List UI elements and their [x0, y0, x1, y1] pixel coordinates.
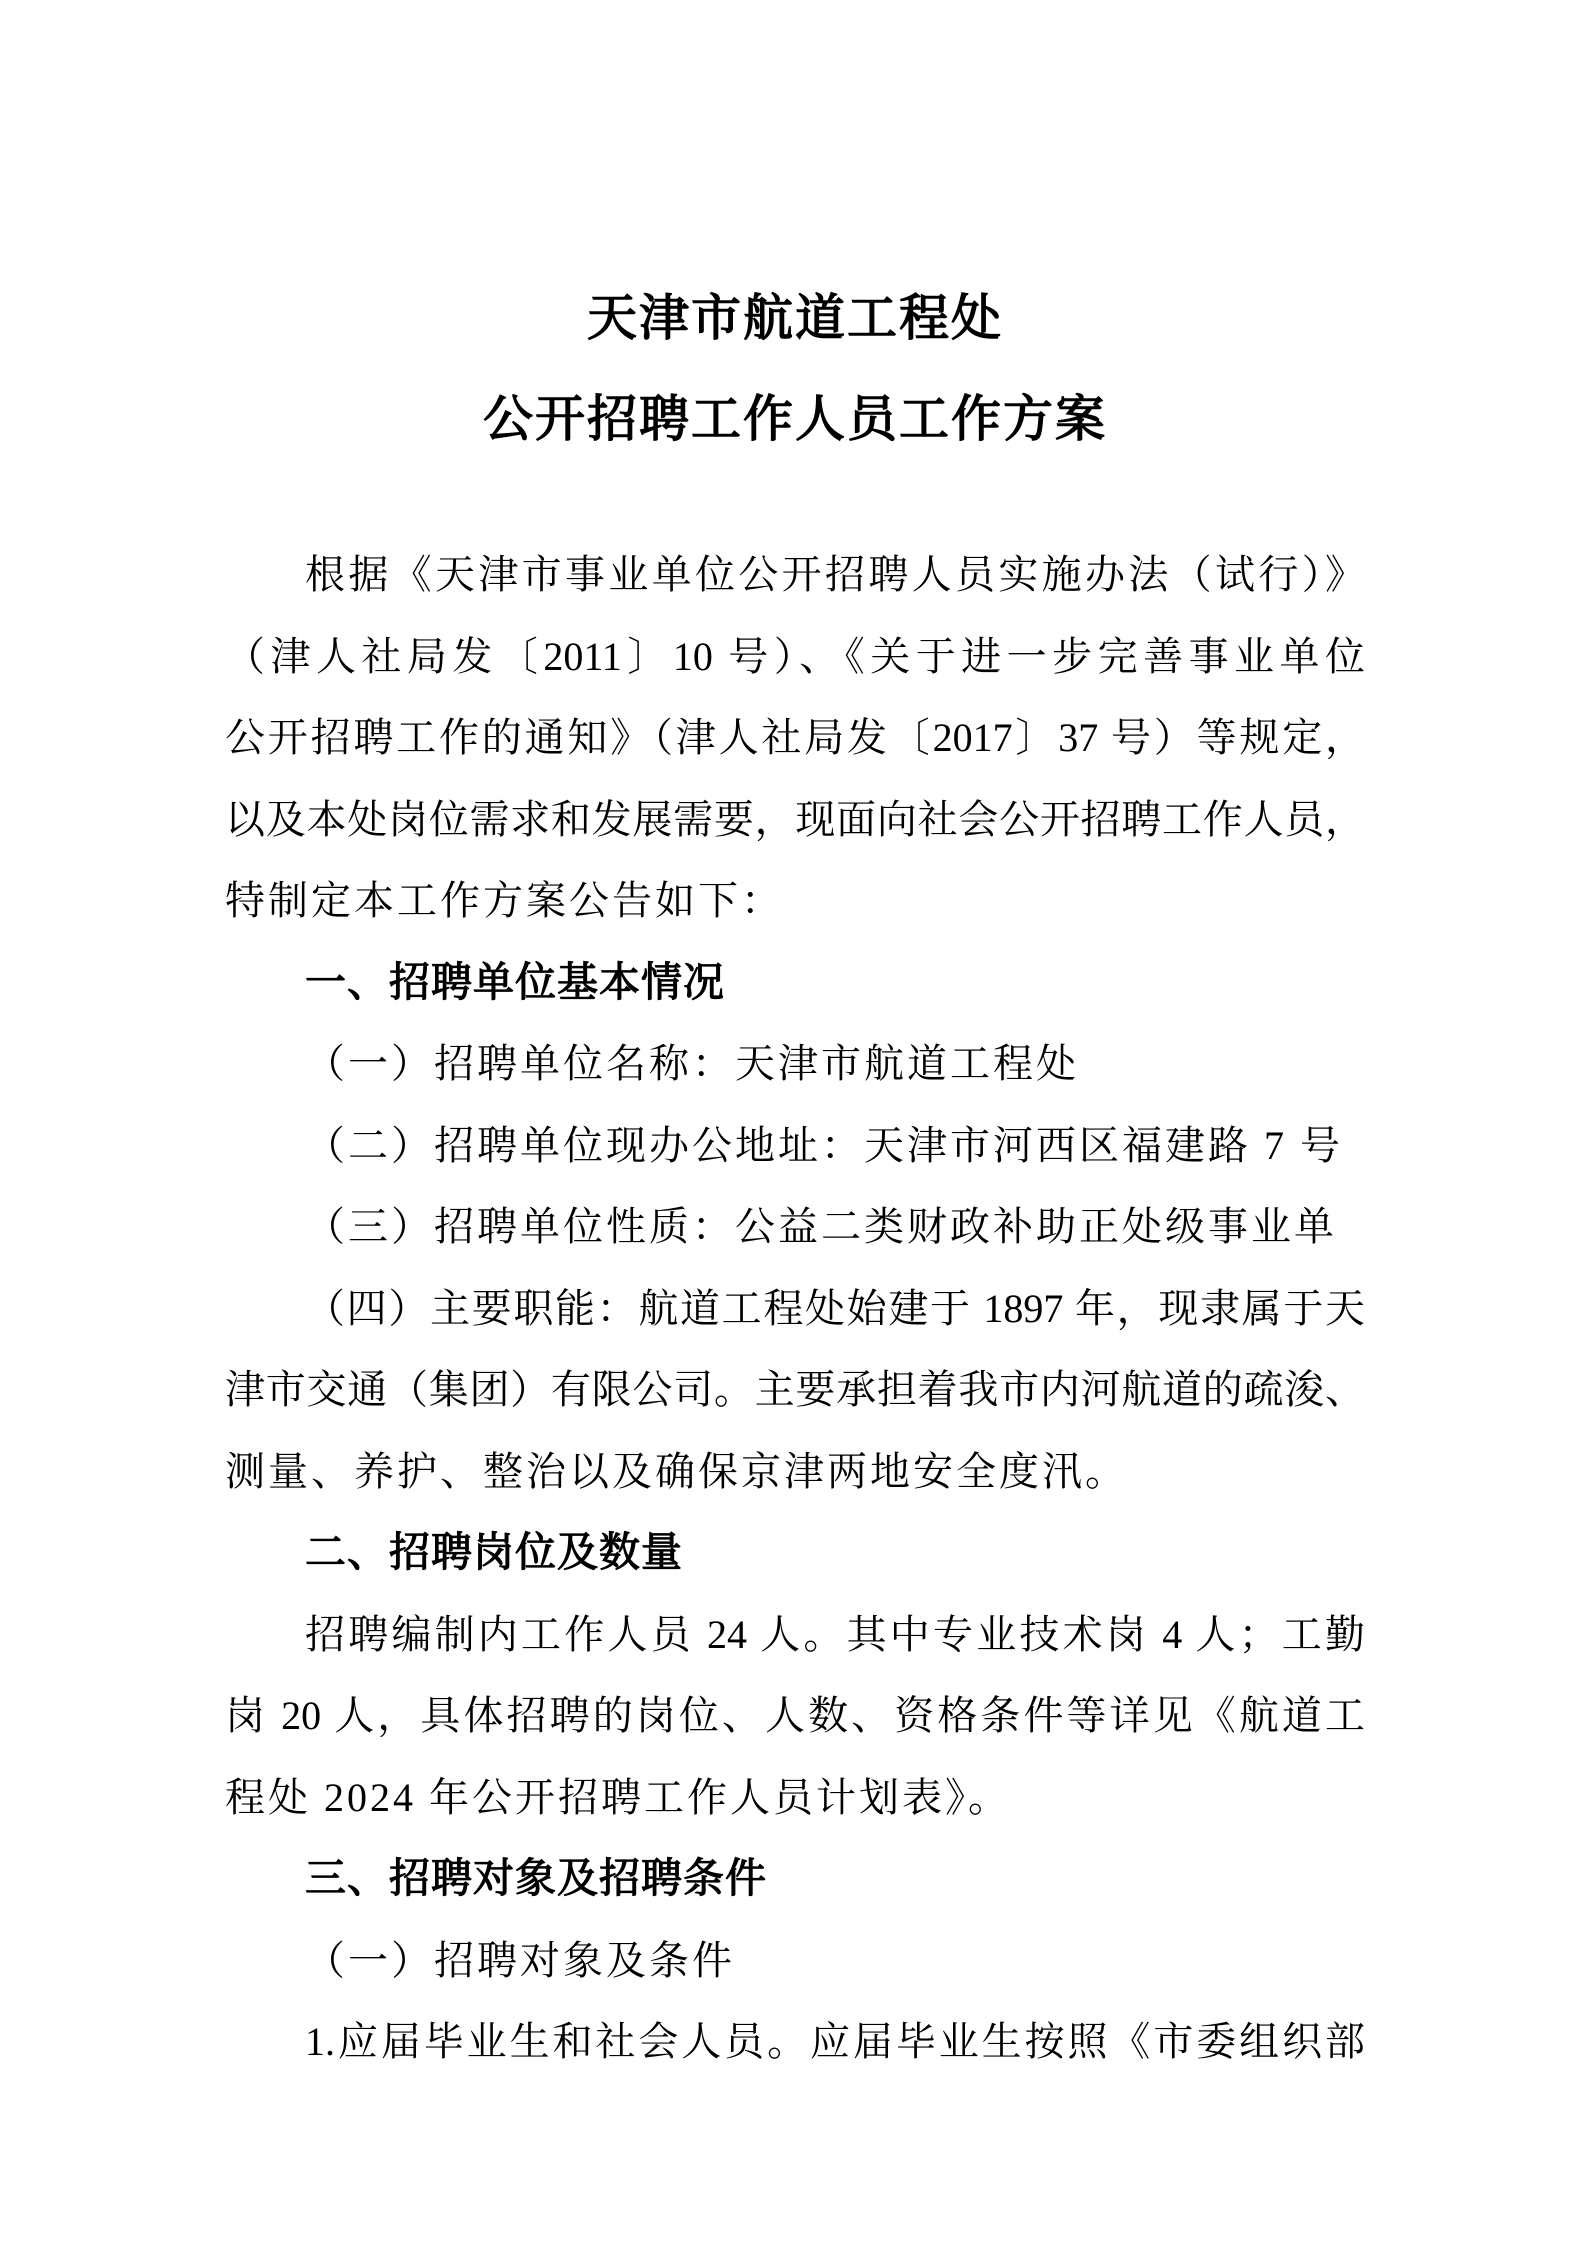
body-line-18: （一）招聘对象及条件	[225, 1920, 1365, 2002]
document-page: 天津市航道工程处 公开招聘工作人员工作方案 根据《天津市事业单位公开招聘人员实施…	[0, 0, 1587, 2245]
section-heading-1: 一、招聘单位基本情况	[225, 942, 1365, 1024]
body-line-11: 津市交通（集团）有限公司。主要承担着我市内河航道的疏浚、	[225, 1349, 1365, 1431]
body-line-19: 1.应届毕业生和社会人员。应届毕业生按照《市委组织部	[225, 2001, 1365, 2083]
body-line-16: 程处 2024 年公开招聘工作人员计划表》。	[225, 1757, 1365, 1839]
document-content: 天津市航道工程处 公开招聘工作人员工作方案 根据《天津市事业单位公开招聘人员实施…	[225, 268, 1365, 2083]
body-line-5: 特制定本工作方案公告如下：	[225, 860, 1365, 942]
body-line-9: （三）招聘单位性质：公益二类财政补助正处级事业单位	[225, 1186, 1365, 1268]
body-line-12: 测量、养护、整治以及确保京津两地安全度汛。	[225, 1431, 1365, 1513]
document-body: 根据《天津市事业单位公开招聘人员实施办法（试行）》 （津人社局发〔2011〕10…	[225, 534, 1365, 2083]
body-line-10: （四）主要职能：航道工程处始建于 1897 年，现隶属于天	[225, 1268, 1365, 1350]
body-line-1: 根据《天津市事业单位公开招聘人员实施办法（试行）》	[225, 534, 1365, 616]
section-heading-3: 三、招聘对象及招聘条件	[225, 1838, 1365, 1920]
body-line-7: （一）招聘单位名称：天津市航道工程处	[225, 1023, 1365, 1105]
doc-title-line-2: 公开招聘工作人员工作方案	[225, 369, 1365, 470]
body-line-2: （津人社局发〔2011〕10 号）、《关于进一步完善事业单位	[225, 616, 1365, 698]
doc-title-line-1: 天津市航道工程处	[225, 268, 1365, 369]
body-line-15: 岗 20 人，具体招聘的岗位、人数、资格条件等详见《航道工	[225, 1675, 1365, 1757]
section-heading-2: 二、招聘岗位及数量	[225, 1512, 1365, 1594]
body-line-4: 以及本处岗位需求和发展需要，现面向社会公开招聘工作人员，	[225, 779, 1365, 861]
body-line-14: 招聘编制内工作人员 24 人。其中专业技术岗 4 人；工勤	[225, 1594, 1365, 1676]
body-line-8: （二）招聘单位现办公地址：天津市河西区福建路 7 号	[225, 1105, 1365, 1187]
body-line-3: 公开招聘工作的通知》（津人社局发〔2017〕37 号）等规定，	[225, 697, 1365, 779]
